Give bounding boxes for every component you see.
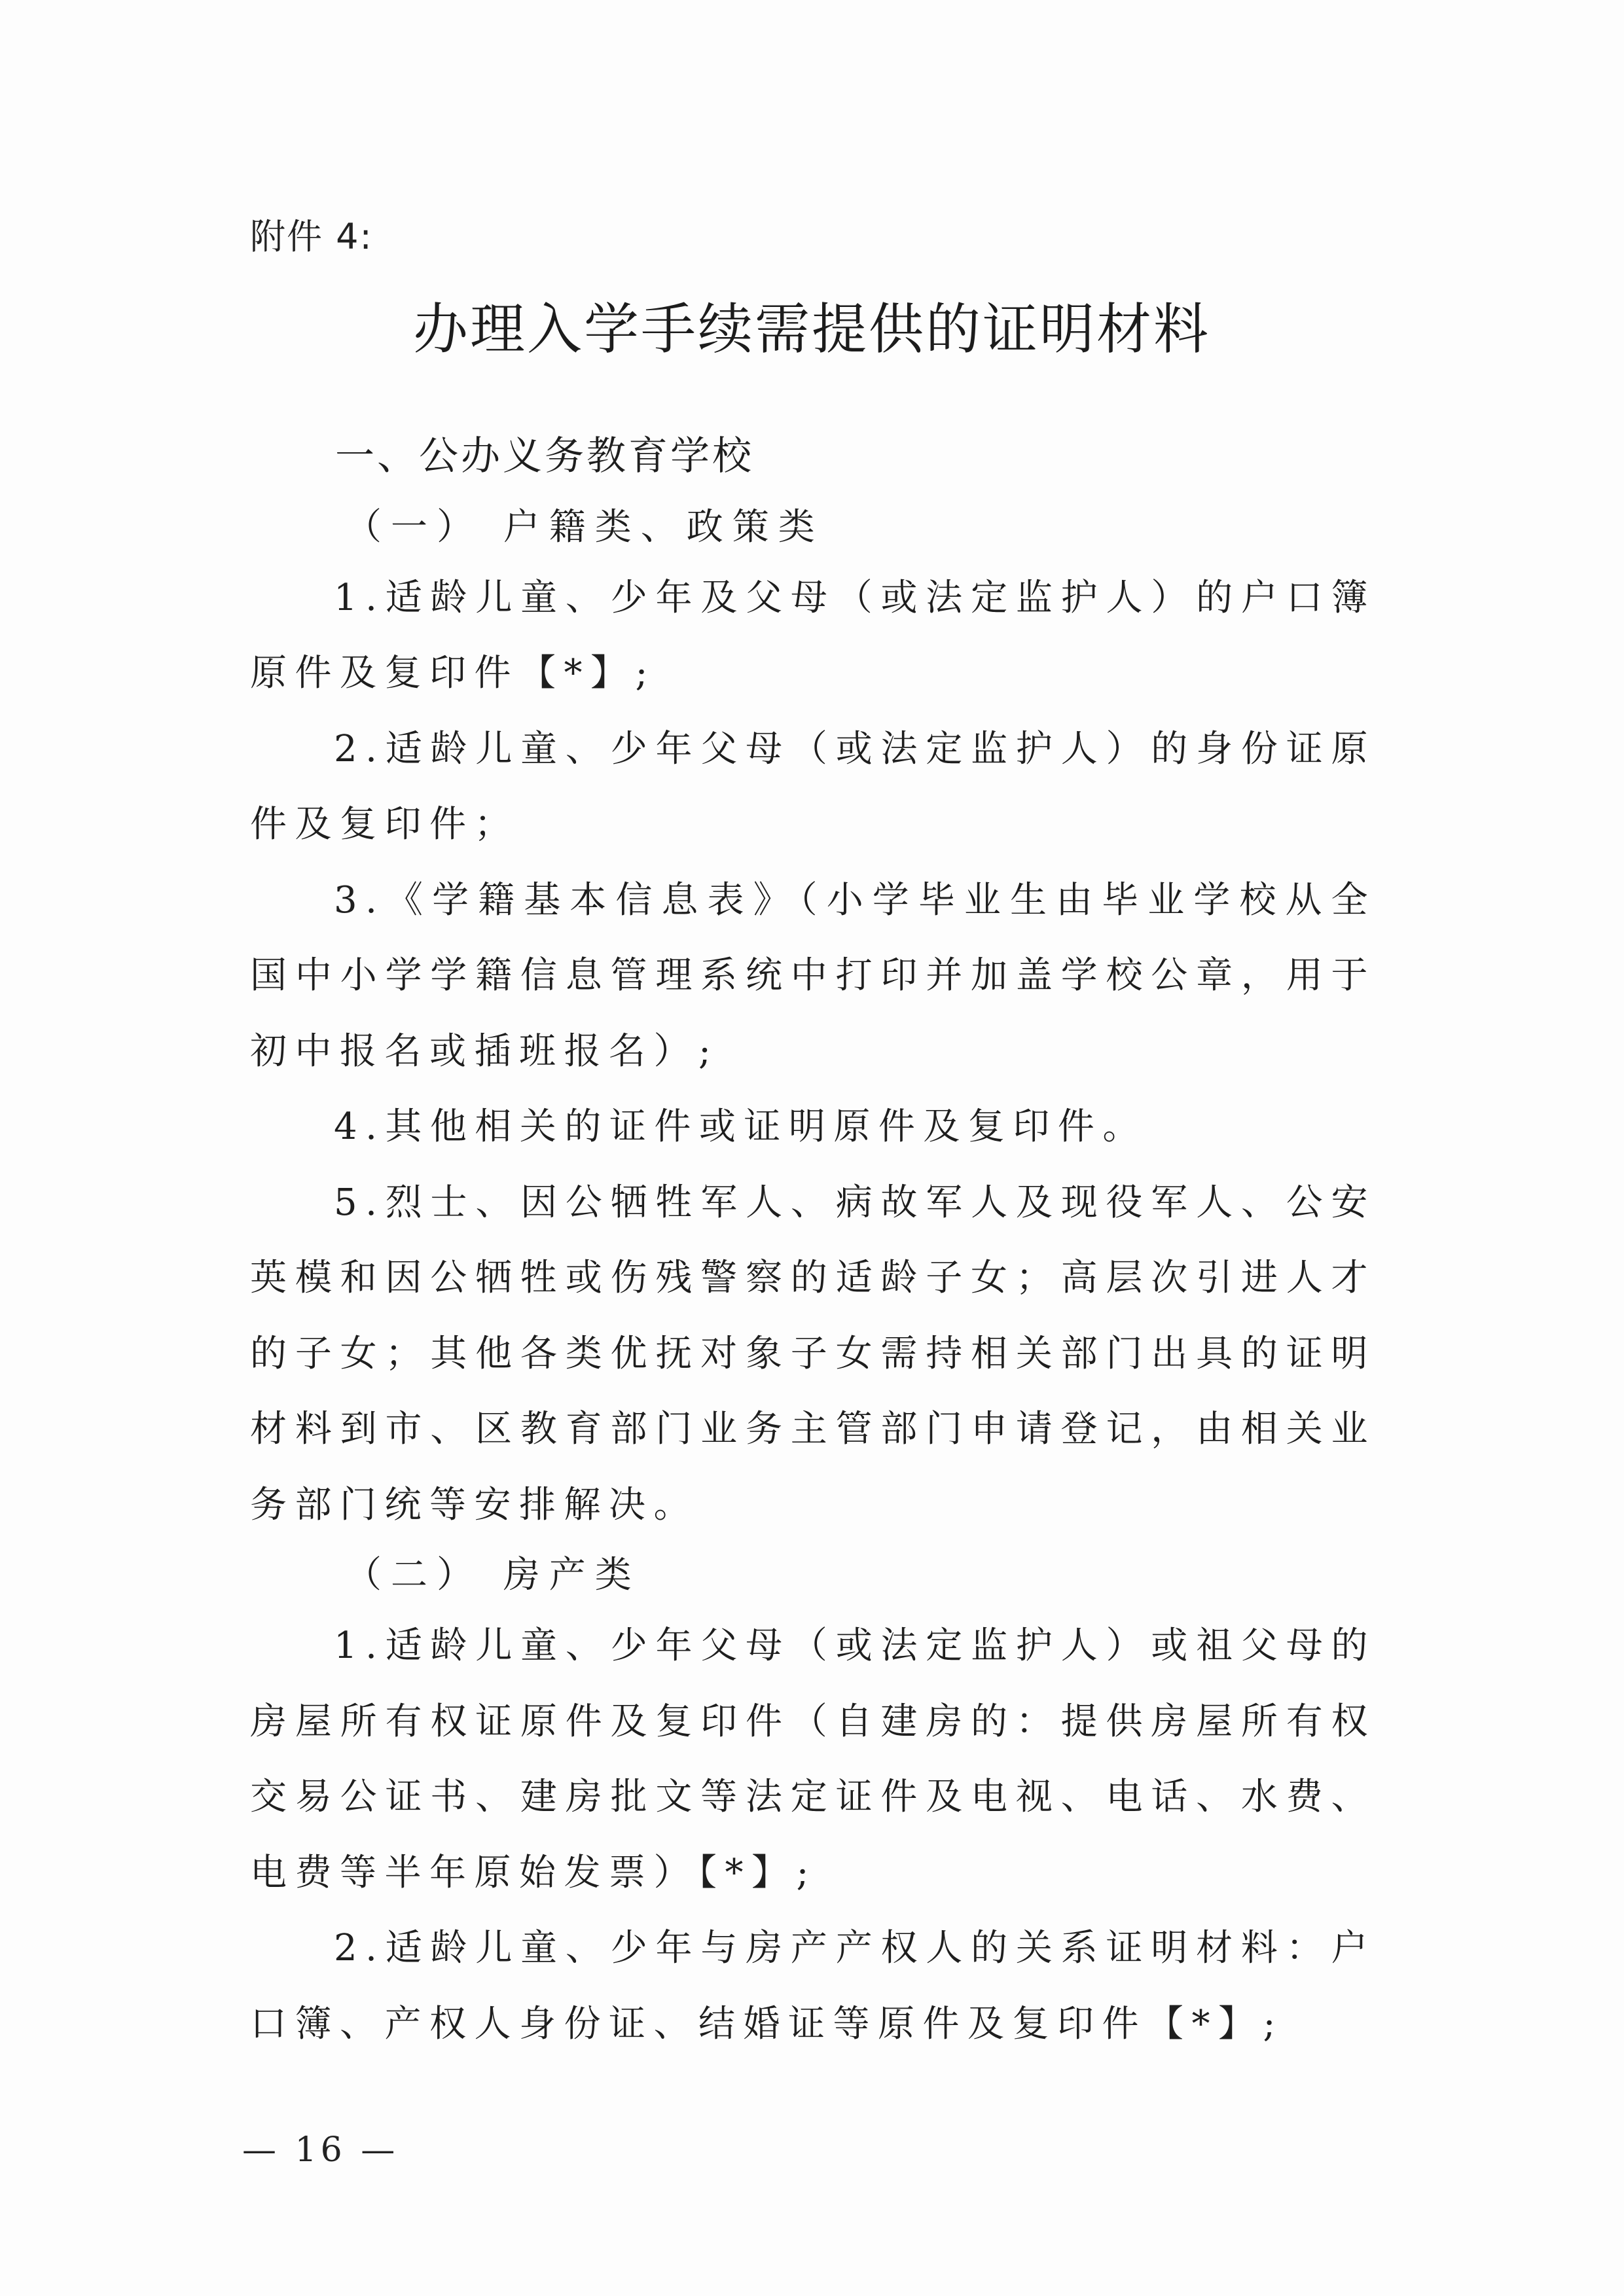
document-body: 一、公办义务教育学校 （一） 户籍类、政策类 1.适龄儿童、少年及父母（或法定监… bbox=[250, 419, 1376, 2062]
page-number: — 16 — bbox=[242, 2124, 399, 2176]
list-item-student-status-form: 3.《学籍基本信息表》（小学毕业生由毕业学校从全国中小学学籍信息管理系统中打印并… bbox=[250, 863, 1376, 1090]
document-title: 办理入学手续需提供的证明材料 bbox=[249, 293, 1375, 365]
section-heading-public-schools: 一、公办义务教育学校 bbox=[250, 419, 1376, 495]
subsection-heading-household-policy: （一） 户籍类、政策类 bbox=[250, 495, 1376, 560]
list-item-parent-id-card: 2.适龄儿童、少年父母（或法定监护人）的身份证原件及复印件； bbox=[250, 711, 1376, 863]
attachment-label: 附件 4: bbox=[250, 211, 373, 263]
list-item-special-groups: 5.烈士、因公牺牲军人、病故军人及现役军人、公安英模和因公牺牲或伤残警察的适龄子… bbox=[250, 1165, 1376, 1543]
list-item-relationship-proof: 2.适龄儿童、少年与房产产权人的关系证明材料：户口簿、产权人身份证、结婚证等原件… bbox=[250, 1910, 1376, 2062]
subsection-heading-property: （二） 房产类 bbox=[250, 1543, 1376, 1608]
list-item-property-certificate: 1.适龄儿童、少年父母（或法定监护人）或祖父母的房屋所有权证原件及复印件（自建房… bbox=[250, 1608, 1376, 1910]
document-page: 附件 4: 办理入学手续需提供的证明材料 一、公办义务教育学校 （一） 户籍类、… bbox=[0, 0, 1624, 2296]
list-item-other-certificates: 4.其他相关的证件或证明原件及复印件。 bbox=[250, 1089, 1376, 1165]
list-item-household-register: 1.适龄儿童、少年及父母（或法定监护人）的户口簿原件及复印件【*】; bbox=[250, 560, 1376, 711]
